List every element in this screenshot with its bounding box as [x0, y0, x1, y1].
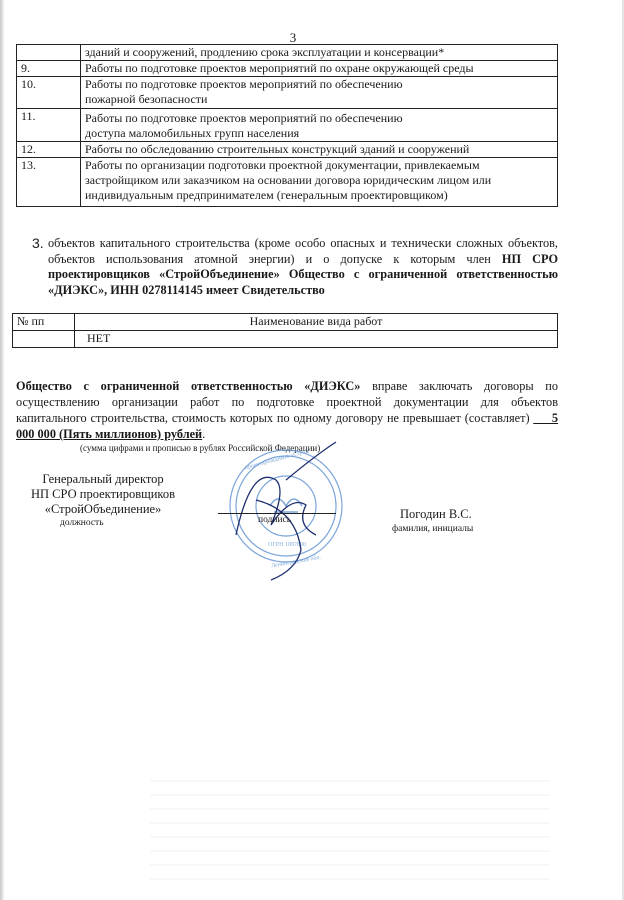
signature-line [218, 513, 336, 514]
row-text: Работы по подготовке проектов мероприяти… [81, 109, 558, 142]
section-number: 3. [32, 236, 44, 252]
row-text: Работы по организации подготовки проектн… [81, 158, 558, 207]
table-row: 10.Работы по подготовке проектов меропри… [17, 77, 558, 109]
row-number [17, 45, 81, 61]
table-row: 9.Работы по подготовке проектов мероприя… [17, 61, 558, 77]
row-number: 9. [17, 61, 81, 77]
section-3-plain: объектов капитального строительства (кро… [48, 236, 558, 266]
table-header-row: № пп Наименование вида работ [13, 314, 558, 331]
table-row: зданий и сооружений, продлению срока экс… [17, 45, 558, 61]
signatory-position: Генеральный директор НП СРО проектировщи… [28, 472, 178, 531]
scan-edge-left [0, 0, 4, 900]
header-name: Наименование вида работ [75, 314, 558, 331]
table-row: НЕТ [13, 331, 558, 348]
company-name: Общество с ограниченной ответственностью… [16, 379, 360, 393]
header-num: № пп [13, 314, 75, 331]
row-number: 11. [17, 109, 81, 142]
position-caption: должность [28, 516, 178, 531]
row-text: Работы по подготовке проектов мероприяти… [81, 61, 558, 77]
section-3-text: объектов капитального строительства (кро… [48, 236, 558, 298]
contract-limit-paragraph: Общество с ограниченной ответственностью… [16, 378, 558, 442]
signature-caption: подпись [258, 515, 291, 525]
table-row: 11.Работы по подготовке проектов меропри… [17, 109, 558, 142]
row-text: Работы по обследованию строительных конс… [81, 142, 558, 158]
position-line: «СтройОбъединение» [28, 502, 178, 517]
section-3: 3. объектов капитального строительства (… [34, 236, 558, 298]
row-number: 13. [17, 158, 81, 207]
row-number [13, 331, 75, 348]
row-text: Работы по подготовке проектов мероприяти… [81, 77, 558, 109]
table-row: 13.Работы по организации подготовки прое… [17, 158, 558, 207]
work-types-table: зданий и сооружений, продлению срока экс… [16, 44, 558, 207]
position-line: Генеральный директор [28, 472, 178, 487]
row-text: НЕТ [75, 331, 558, 348]
extra-works-table: № пп Наименование вида работ НЕТ [12, 313, 558, 348]
name-caption: фамилия, инициалы [392, 524, 473, 534]
position-line: НП СРО проектировщиков [28, 487, 178, 502]
scan-bleed-through [150, 780, 550, 880]
row-text: зданий и сооружений, продлению срока экс… [81, 45, 558, 61]
table-row: 12.Работы по обследованию строительных к… [17, 142, 558, 158]
row-number: 10. [17, 77, 81, 109]
row-number: 12. [17, 142, 81, 158]
signatory-name: Погодин В.С. [400, 507, 472, 522]
paragraph-end: . [202, 427, 205, 441]
